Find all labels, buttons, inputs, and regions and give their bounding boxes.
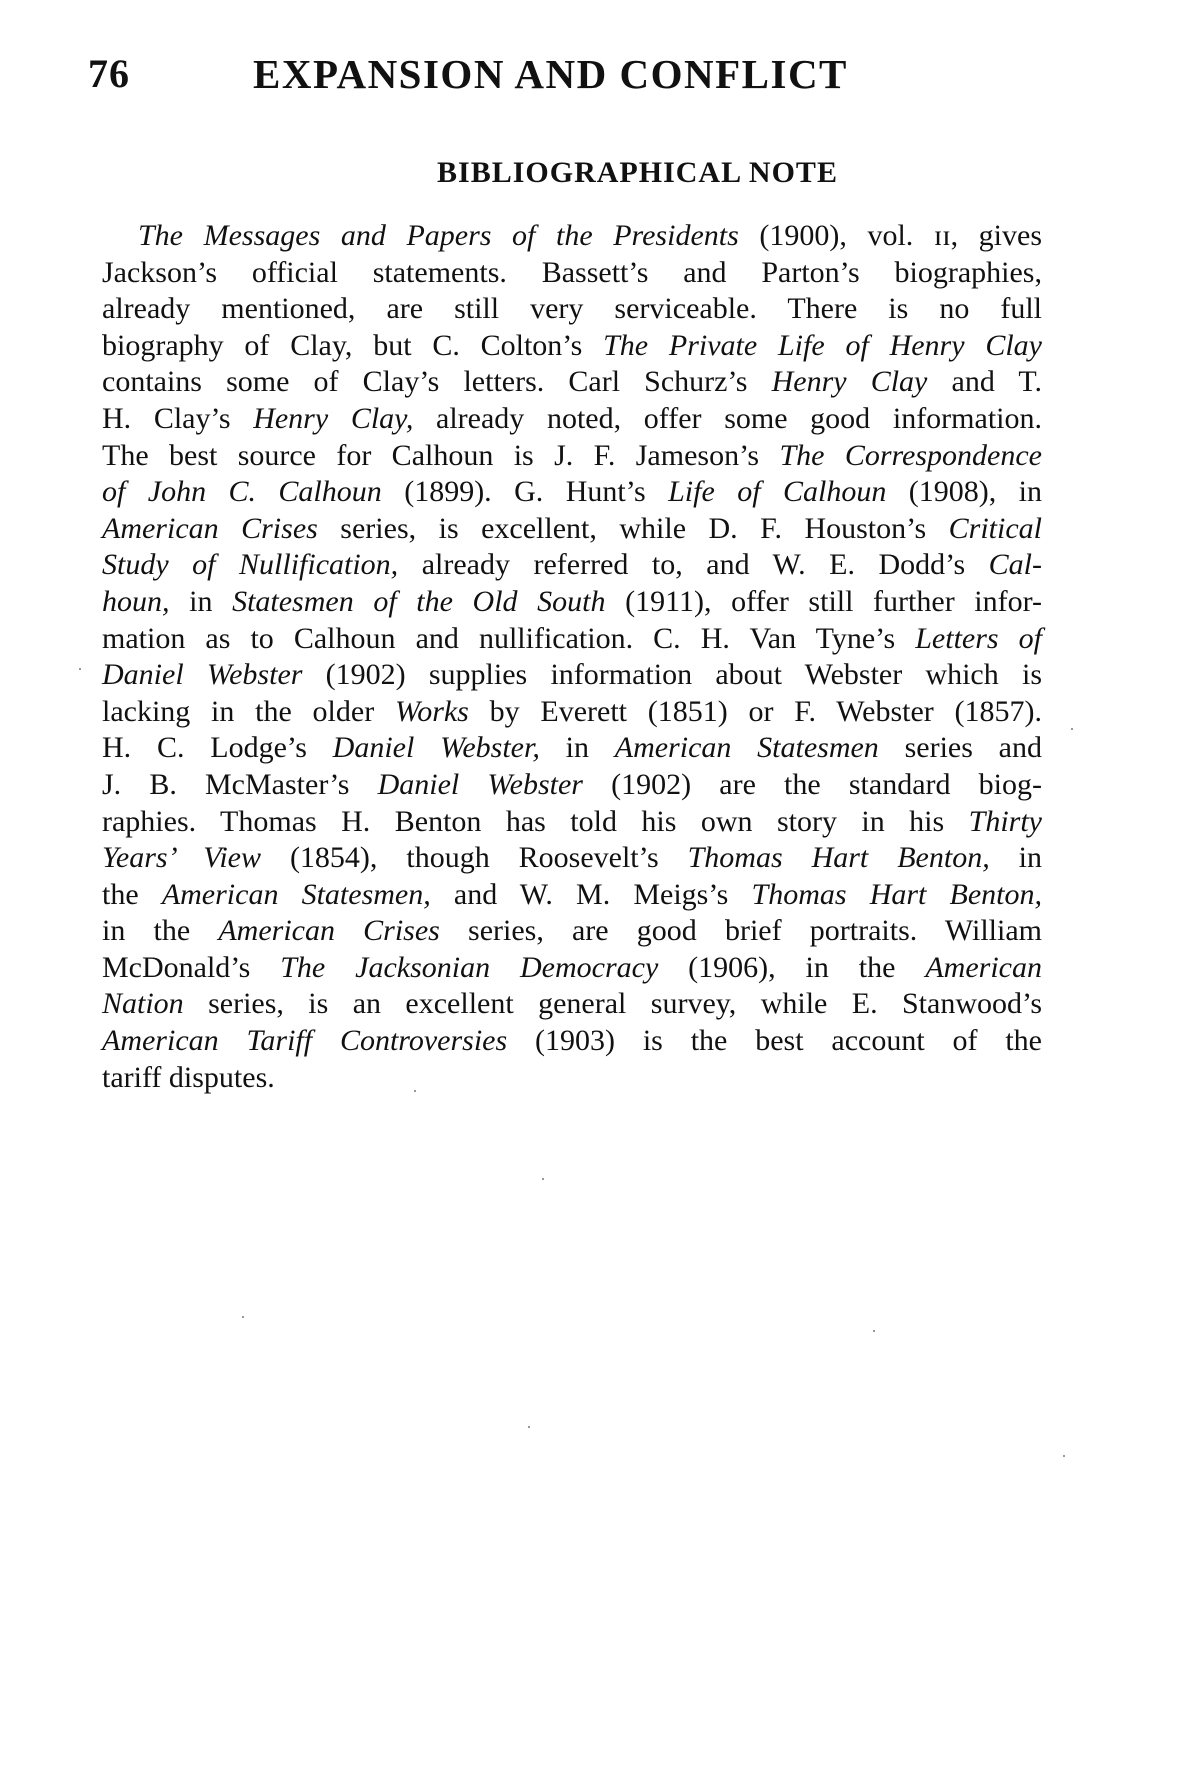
text-line: Years’ View (1854), though Roosevelt’s T…: [102, 840, 1042, 877]
text-line: in the American Crises series, are good …: [102, 913, 1042, 950]
text-line: H. C. Lodge’s Daniel Webster, in America…: [102, 730, 1042, 767]
text-run: in: [540, 731, 615, 764]
text-line: The Messages and Papers of the President…: [102, 218, 1042, 255]
text-run: H. Clay’s: [102, 402, 253, 435]
text-line: already mentioned, are still very servic…: [102, 291, 1042, 328]
book-title-italic: Critical: [949, 512, 1042, 545]
running-title: EXPANSION AND CONFLICT: [253, 50, 848, 98]
scan-speck: [79, 668, 81, 670]
book-title-italic: Henry Clay,: [253, 402, 413, 435]
text-line: Daniel Webster (1902) supplies informati…: [102, 657, 1042, 694]
scan-speck: [414, 1090, 416, 1092]
text-run: lacking in the older: [102, 695, 395, 728]
book-title-italic: American Crises: [102, 512, 318, 545]
book-title-italic: Daniel Webster,: [333, 731, 540, 764]
text-run: raphies. Thomas H. Benton has told his o…: [102, 805, 969, 838]
text-run: (1906), in the: [658, 951, 925, 984]
book-title-italic: Letters of: [915, 622, 1042, 655]
book-title-italic: American Statesmen: [615, 731, 879, 764]
text-run: biography of Clay, but C. Colton’s: [102, 329, 603, 362]
text-line: mation as to Calhoun and nullification. …: [102, 621, 1042, 658]
text-run: in: [990, 841, 1042, 874]
page-header: 76 EXPANSION AND CONFLICT: [88, 50, 1048, 110]
text-run: and W. M. Meigs’s: [431, 878, 752, 911]
book-title-italic: American Crises: [218, 914, 440, 947]
text-run: J. B. McMaster’s: [102, 768, 378, 801]
text-run: (1902) are the standard biog-: [583, 768, 1042, 801]
text-run: series, is excellent, while D. F. Housto…: [318, 512, 949, 545]
text-run: (1902) supplies information about Webste…: [302, 658, 1042, 691]
book-title-italic: Cal-: [989, 548, 1042, 581]
text-run: series and: [879, 731, 1042, 764]
section-title: BIBLIOGRAPHICAL NOTE: [0, 156, 1185, 190]
page-number: 76: [88, 50, 130, 97]
text-run: H. C. Lodge’s: [102, 731, 333, 764]
book-title-italic: American Tariff Controversies: [102, 1024, 507, 1057]
book-title-italic: American: [925, 951, 1042, 984]
book-title-italic: Life of Calhoun: [668, 475, 886, 508]
bibliographical-paragraph: The Messages and Papers of the President…: [102, 218, 1042, 1096]
book-title-italic: Henry Clay: [772, 365, 928, 398]
scan-speck: [873, 1330, 875, 1332]
text-line: contains some of Clay’s letters. Carl Sc…: [102, 364, 1042, 401]
text-run: by Everett (1851) or F. Webster (1857).: [469, 695, 1042, 728]
text-line: tariff disputes.: [102, 1060, 1042, 1097]
text-run: in the: [102, 914, 218, 947]
text-run: series, are good brief portraits. Willia…: [440, 914, 1042, 947]
text-line: American Tariff Controversies (1903) is …: [102, 1023, 1042, 1060]
text-run: (1899). G. Hunt’s: [382, 475, 668, 508]
book-title-italic: Daniel Webster: [378, 768, 583, 801]
text-line: American Crises series, is excellent, wh…: [102, 511, 1042, 548]
text-line: Study of Nullification, already referred…: [102, 547, 1042, 584]
text-run: already referred to, and W. E. Dodd’s: [398, 548, 988, 581]
book-title-italic: of John C. Calhoun: [102, 475, 382, 508]
book-title-italic: Thirty: [969, 805, 1042, 838]
text-line: the American Statesmen, and W. M. Meigs’…: [102, 877, 1042, 914]
book-title-italic: Nation: [102, 987, 184, 1020]
text-line: houn, in Statesmen of the Old South (191…: [102, 584, 1042, 621]
text-run: contains some of Clay’s letters. Carl Sc…: [102, 365, 772, 398]
text-line: J. B. McMaster’s Daniel Webster (1902) a…: [102, 767, 1042, 804]
text-line: lacking in the older Works by Everett (1…: [102, 694, 1042, 731]
text-line: H. Clay’s Henry Clay, already noted, off…: [102, 401, 1042, 438]
text-run: The best source for Calhoun is J. F. Jam…: [102, 439, 779, 472]
text-run: mation as to Calhoun and nullification. …: [102, 622, 915, 655]
text-line: of John C. Calhoun (1899). G. Hunt’s Lif…: [102, 474, 1042, 511]
text-run: already noted, offer some good informati…: [413, 402, 1042, 435]
book-title-italic: Thomas Hart Benton,: [688, 841, 990, 874]
book-title-italic: Thomas Hart Benton,: [752, 878, 1042, 911]
text-line: Nation series, is an excellent general s…: [102, 986, 1042, 1023]
text-run: Jackson’s official statements. Bassett’s…: [102, 256, 1042, 289]
scan-speck: [242, 1316, 244, 1318]
scan-speck: [1071, 728, 1073, 730]
book-title-italic: Statesmen of the Old South: [232, 585, 605, 618]
text-run: already mentioned, are still very servic…: [102, 292, 1042, 325]
book-title-italic: Study of Nullification,: [102, 548, 398, 581]
text-run: and T.: [927, 365, 1042, 398]
book-title-italic: The Correspondence: [779, 439, 1042, 472]
text-run: (1854), though Roosevelt’s: [261, 841, 688, 874]
text-line: biography of Clay, but C. Colton’s The P…: [102, 328, 1042, 365]
scan-speck: [1063, 1455, 1065, 1457]
text-line: raphies. Thomas H. Benton has told his o…: [102, 804, 1042, 841]
text-run: McDonald’s: [102, 951, 280, 984]
book-title-italic: The Private Life of Henry Clay: [603, 329, 1042, 362]
book-title-italic: houn,: [102, 585, 170, 618]
text-line: McDonald’s The Jacksonian Democracy (190…: [102, 950, 1042, 987]
text-run: (1903) is the best account of the: [507, 1024, 1042, 1057]
book-title-italic: Daniel Webster: [102, 658, 302, 691]
text-line: The best source for Calhoun is J. F. Jam…: [102, 438, 1042, 475]
scan-speck: [542, 1178, 544, 1180]
scan-speck: [528, 1426, 530, 1428]
text-run: in: [170, 585, 233, 618]
text-run: the: [102, 878, 162, 911]
book-title-italic: American Statesmen,: [162, 878, 431, 911]
book-title-italic: The Messages and Papers of the President…: [138, 219, 739, 252]
text-run: (1900), vol. ɪɪ, gives: [739, 219, 1042, 252]
text-run: (1908), in: [886, 475, 1042, 508]
book-title-italic: Years’ View: [102, 841, 261, 874]
text-run: series, is an excellent general survey, …: [184, 987, 1042, 1020]
book-title-italic: The Jacksonian Democracy: [280, 951, 658, 984]
book-title-italic: Works: [395, 695, 469, 728]
text-run: tariff disputes.: [102, 1061, 275, 1094]
book-page: 76 EXPANSION AND CONFLICT BIBLIOGRAPHICA…: [0, 0, 1185, 1776]
text-line: Jackson’s official statements. Bassett’s…: [102, 255, 1042, 292]
text-run: (1911), offer still further infor-: [605, 585, 1042, 618]
